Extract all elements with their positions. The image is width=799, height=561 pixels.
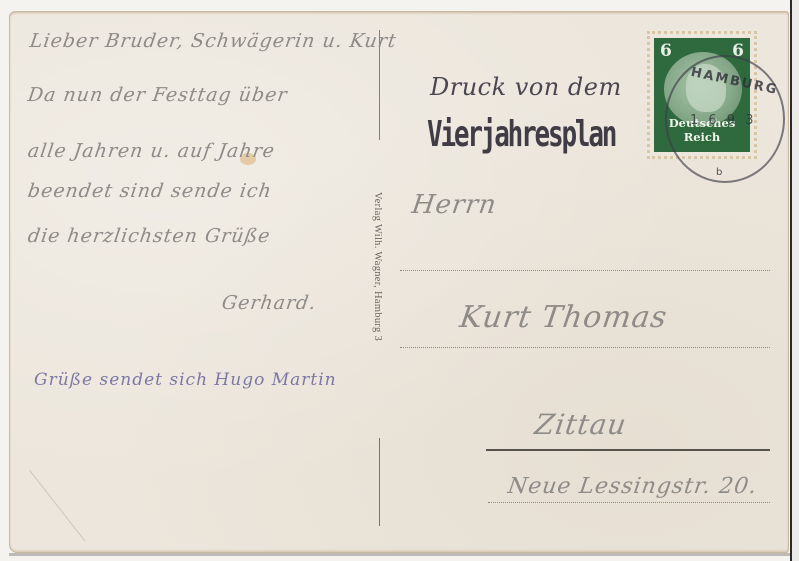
card-edge-shadow xyxy=(9,553,790,556)
address-line-2 xyxy=(400,347,770,348)
address-line-1 xyxy=(400,270,770,271)
message-signature: Gerhard. xyxy=(220,292,317,314)
address-name: Kurt Thomas xyxy=(458,300,670,335)
address-line-3 xyxy=(486,449,770,451)
publisher-imprint: Verlag Wilh. Wagner, Hamburg 3 xyxy=(372,192,383,341)
address-city: Zittau xyxy=(533,408,629,441)
message-line-5: die herzlichsten Grüße xyxy=(26,225,272,247)
postmark-date: 1 6 9 3 xyxy=(690,113,756,128)
message-line-4: beendet sind sende ich xyxy=(26,180,273,202)
scan-background xyxy=(790,0,799,561)
postmark-letter: b xyxy=(716,167,722,178)
message-line-3: alle Jahren u. auf Jahre xyxy=(26,140,276,162)
address-title: Herrn xyxy=(410,190,499,220)
stamp-denomination-left: 6 xyxy=(660,41,672,61)
message-line-1: Lieber Bruder, Schwägerin u. Kurt xyxy=(28,30,398,52)
message-line-2: Da nun der Festtag über xyxy=(26,84,289,106)
address-street: Neue Lessingstr. 20. xyxy=(506,474,759,499)
center-divider-bottom xyxy=(379,438,380,526)
postscript: Grüße sendet sich Hugo Martin xyxy=(34,370,337,390)
cancellation-slogan-line-1: Druck von dem xyxy=(430,73,622,101)
cancellation-slogan-line-2: Vierjahresplan xyxy=(427,114,615,155)
address-line-4 xyxy=(488,502,770,503)
